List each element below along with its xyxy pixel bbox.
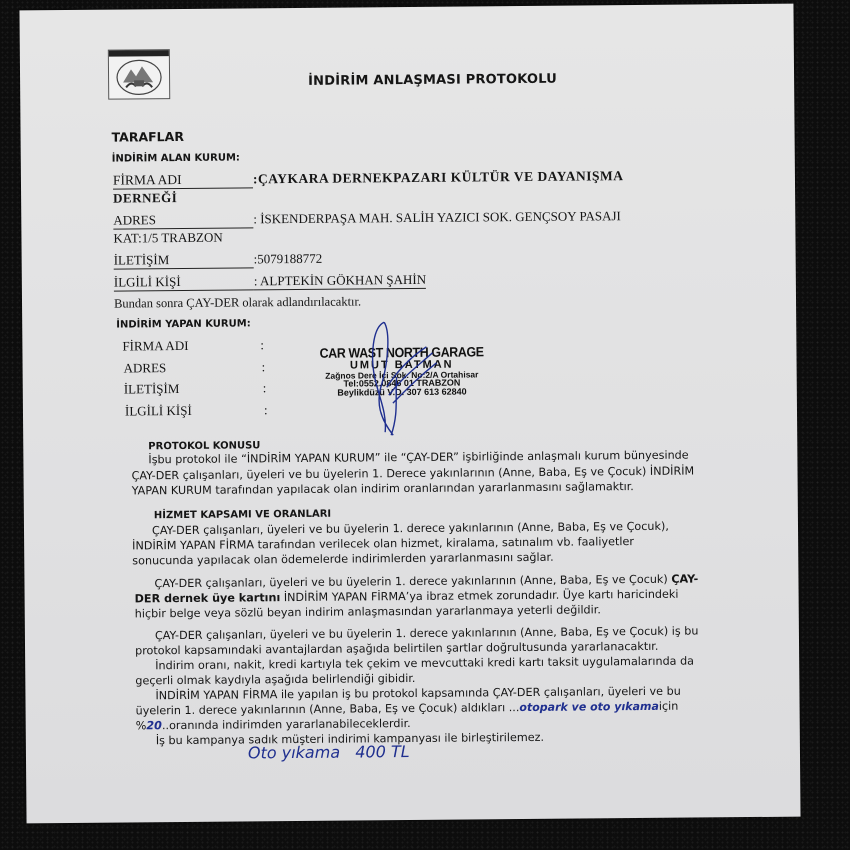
parties-heading: TARAFLAR bbox=[112, 129, 184, 145]
provider-address-label: ADRES bbox=[124, 360, 167, 376]
field-address: ADRES: İSKENDERPAŞA MAH. SALİH YAZICI SO… bbox=[113, 208, 621, 229]
field-company-name: FİRMA ADI:ÇAYKARA DERNEKPAZARI KÜLTÜR VE… bbox=[113, 168, 624, 189]
providing-party-heading: İNDİRİM YAPAN KURUM: bbox=[116, 318, 251, 330]
subject-line-3: YAPAN KURUM tarafından yapılacak olan in… bbox=[132, 479, 634, 498]
scope-heading: HİZMET KAPSAMI VE ORANLARI bbox=[154, 509, 331, 522]
provider-person-colon: : bbox=[264, 402, 268, 418]
receiving-party-heading: İNDİRİM ALAN KURUM: bbox=[112, 152, 240, 164]
document-page: İNDİRİM ANLAŞMASI PROTOKOLU TARAFLAR İND… bbox=[19, 4, 800, 824]
address-cont: KAT:1/5 TRABZON bbox=[113, 230, 222, 247]
field-contact-person: İLGİLİ KİŞİ: ALPTEKİN GÖKHAN ŞAHİN bbox=[114, 272, 426, 292]
page-title: İNDİRİM ANLAŞMASI PROTOKOLU bbox=[308, 72, 557, 89]
scope-p2-line-3: hiçbir belge veya sözlü beyan indirim an… bbox=[135, 602, 601, 621]
provider-contact-colon: : bbox=[263, 380, 267, 396]
handwritten-discount-rate: 20 bbox=[146, 719, 162, 732]
provider-person-label: İLGİLİ KİŞİ bbox=[125, 403, 192, 420]
field-contact: İLETİŞİM:5079188772 bbox=[114, 251, 323, 270]
handwritten-note: Oto yıkama 400 TL bbox=[248, 742, 410, 762]
provider-company-colon: : bbox=[260, 337, 264, 353]
company-name-cont: DERNEĞİ bbox=[113, 190, 177, 207]
alias-note: Bundan sonra ÇAY-DER olarak adlandırılac… bbox=[114, 294, 361, 311]
handwritten-service: otopark ve oto yıkama bbox=[519, 700, 659, 714]
provider-company-label: FİRMA ADI bbox=[122, 338, 188, 355]
association-emblem-icon bbox=[108, 49, 170, 100]
signature-icon bbox=[366, 317, 447, 443]
provider-address-colon: : bbox=[262, 359, 266, 375]
provider-contact-label: İLETİŞİM bbox=[124, 381, 180, 397]
scope-p1-line-3: sonucunda yapılacak olan ödemelerde indi… bbox=[132, 550, 553, 569]
